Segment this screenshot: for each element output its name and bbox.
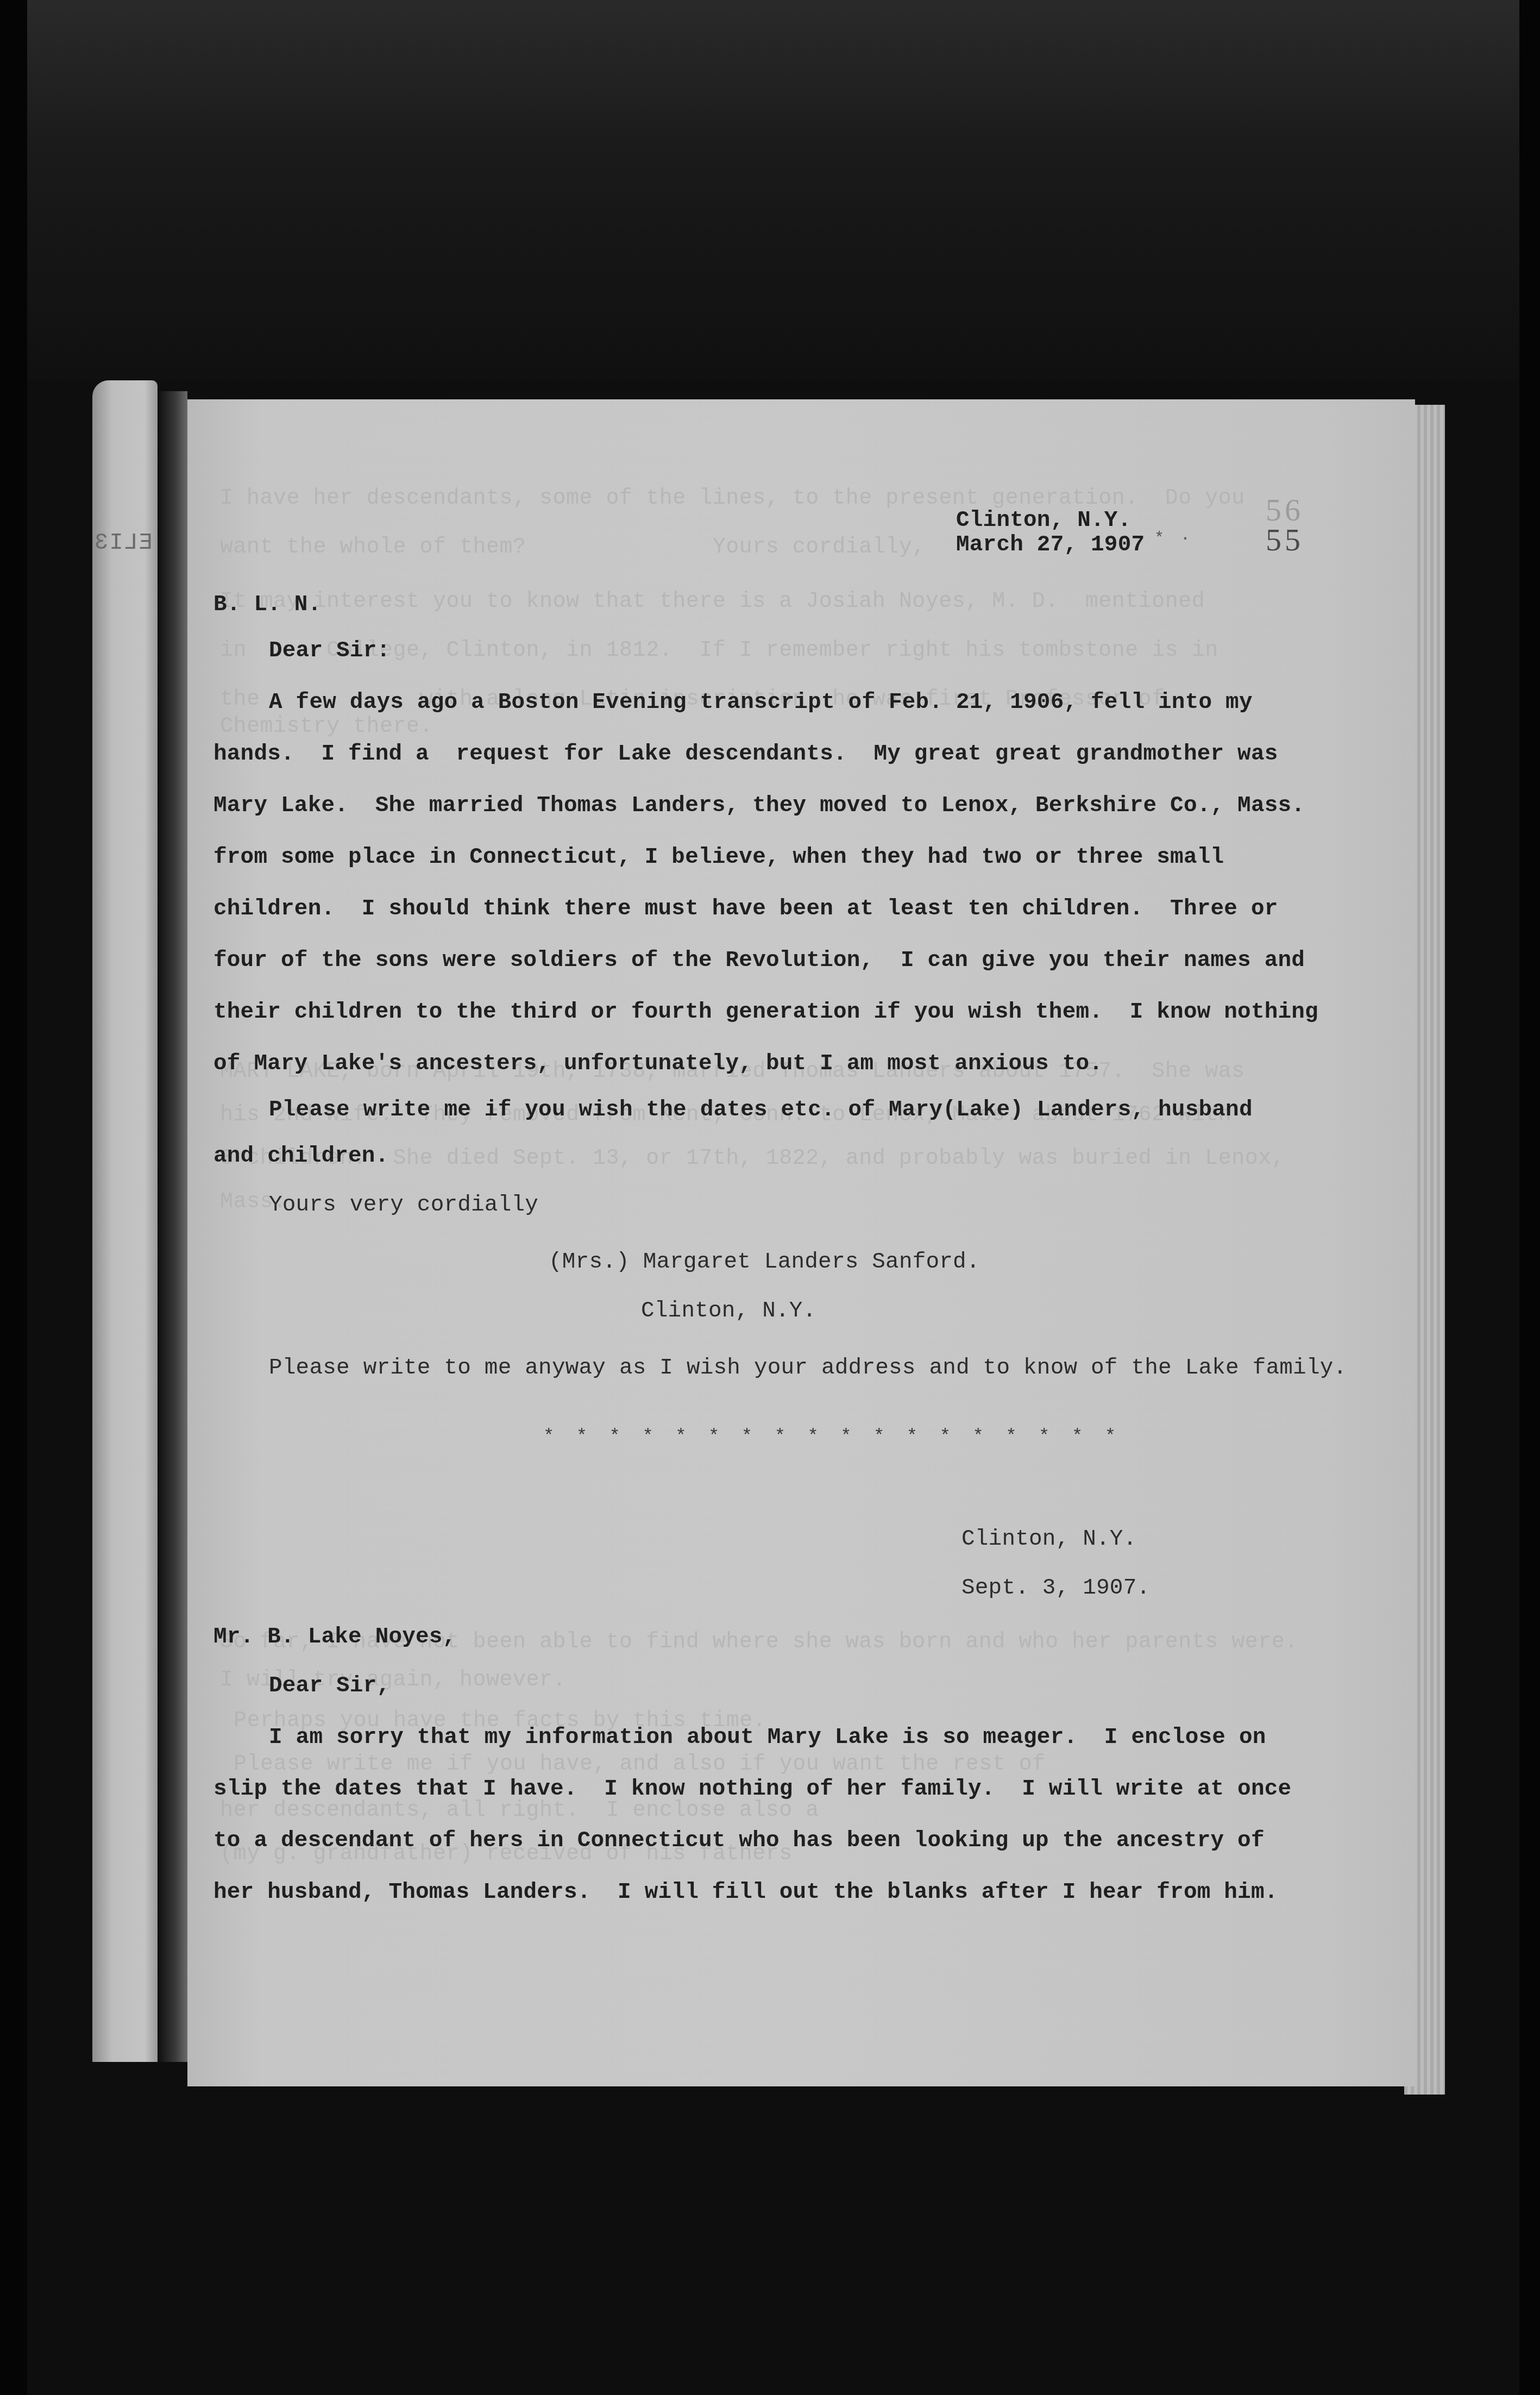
letter1-postscript: Please write to me anyway as I wish your… — [269, 1356, 1347, 1381]
letter1-signature: (Mrs.) Margaret Landers Sanford. — [549, 1250, 980, 1275]
letter2-salutation: Dear Sir, — [269, 1673, 390, 1698]
letter1-body-line: from some place in Connecticut, I believ… — [213, 845, 1224, 870]
letter1-body-line: their children to the third or fourth ge… — [213, 1000, 1318, 1025]
letter1-place: Clinton, N.Y. — [956, 508, 1131, 533]
film-background-top — [0, 0, 1540, 380]
folio-number: 55 — [1266, 522, 1304, 558]
letter1-para2-line: and children. — [213, 1144, 388, 1169]
bleed-line: her descendants, all right. I enclose al… — [220, 1798, 819, 1823]
bleed-line: I have her descendants, some of the line… — [220, 486, 1245, 511]
letter1-closing: Yours very cordially — [269, 1193, 538, 1218]
letter1-date: March 27, 1907 — [956, 532, 1145, 557]
document-page: I have her descendants, some of the line… — [187, 399, 1415, 2086]
letter1-body-line: hands. I find a request for Lake descend… — [213, 742, 1278, 767]
facing-page-edge — [92, 380, 158, 2062]
book-gutter — [158, 391, 187, 2062]
letter1-body-line: A few days ago a Boston Evening transcri… — [269, 690, 1253, 715]
letter1-body-line: children. I should think there must have… — [213, 896, 1278, 921]
letter1-body-line: four of the sons were soldiers of the Re… — [213, 948, 1305, 973]
section-separator: * * * * * * * * * * * * * * * * * * — [543, 1426, 1121, 1447]
letter2-date: Sept. 3, 1907. — [961, 1576, 1150, 1601]
letter2-body-line: her husband, Thomas Landers. I will fill… — [213, 1880, 1278, 1905]
letter2-body-line: slip the dates that I have. I know nothi… — [213, 1777, 1291, 1802]
bleed-line: want the whole of them? Yours cordially, — [220, 535, 926, 560]
bleed-line: Chemistry there. — [220, 714, 433, 739]
letter2-body-line: to a descendant of hers in Connecticut w… — [213, 1828, 1265, 1853]
ink-specks: * · — [1154, 530, 1193, 548]
film-border-left — [0, 0, 27, 2395]
facing-page-mark: ELI3 — [93, 530, 153, 556]
bleed-line: It may interest you to know that there i… — [220, 590, 1205, 614]
letter2-addressee: Mr. B. Lake Noyes, — [213, 1625, 456, 1650]
letter1-signature-place: Clinton, N.Y. — [641, 1299, 816, 1324]
letter1-body-line: Mary Lake. She married Thomas Landers, t… — [213, 793, 1305, 818]
letter2-body-line: I am sorry that my information about Mar… — [269, 1725, 1266, 1750]
bleed-line: Please write me if you have, and also if… — [234, 1752, 1046, 1777]
letter1-body-line: of Mary Lake's ancesters, unfortunately,… — [213, 1051, 1103, 1076]
letter1-para2-line: Please write me if you wish the dates et… — [269, 1098, 1253, 1123]
letter1-addressee: B. L. N. — [213, 592, 321, 617]
letter2-place: Clinton, N.Y. — [961, 1527, 1136, 1552]
film-border-right — [1519, 0, 1540, 2395]
letter1-salutation: Dear Sir: — [269, 638, 390, 663]
